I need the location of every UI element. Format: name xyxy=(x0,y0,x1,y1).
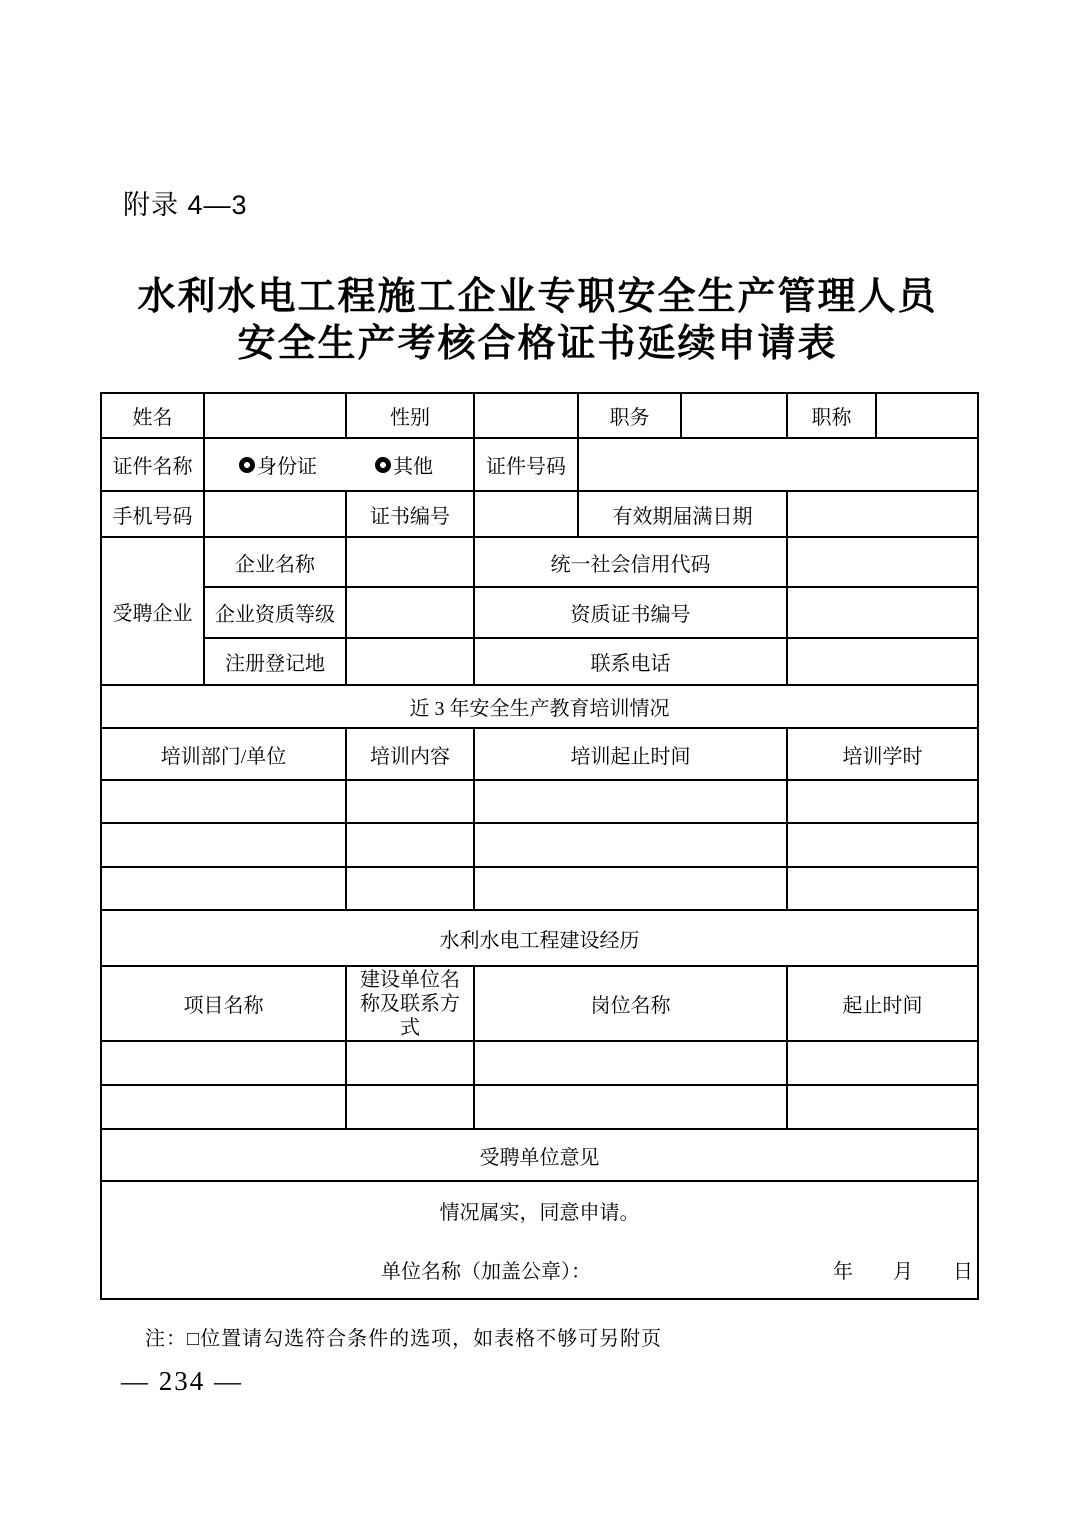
experience-col-project: 项目名称 xyxy=(101,966,346,1041)
radio-icon[interactable] xyxy=(239,457,255,473)
training-department-input-cell[interactable] xyxy=(101,867,346,910)
experience-section-header: 水利水电工程建设经历 xyxy=(101,910,978,966)
name-input-cell[interactable] xyxy=(204,393,346,438)
experience-row xyxy=(101,1041,978,1085)
row-basic-2: 手机号码 证书编号 有效期届满日期 xyxy=(101,491,978,537)
title-label: 职称 xyxy=(787,393,876,438)
qualification-cert-input-cell[interactable] xyxy=(787,587,978,638)
experience-builder-input-cell[interactable] xyxy=(346,1085,474,1129)
date-label: 年 月 日 xyxy=(833,1255,973,1284)
experience-builder-input-cell[interactable] xyxy=(346,1041,474,1085)
opinion-statement: 情况属实，同意申请。 xyxy=(106,1196,973,1225)
contact-phone-label: 联系电话 xyxy=(474,638,787,685)
other-option-label: 其他 xyxy=(393,450,433,479)
name-label: 姓名 xyxy=(101,393,204,438)
opinion-section-header: 受聘单位意见 xyxy=(101,1129,978,1181)
row-training-header: 近 3 年安全生产教育培训情况 xyxy=(101,685,978,728)
row-employer-2: 企业资质等级 资质证书编号 xyxy=(101,587,978,638)
row-opinion-header: 受聘单位意见 xyxy=(101,1129,978,1181)
training-hours-input-cell[interactable] xyxy=(787,823,978,867)
row-basic-1: 姓名 性别 职务 职称 xyxy=(101,393,978,438)
company-name-label: 企业名称 xyxy=(204,537,346,587)
training-hours-input-cell[interactable] xyxy=(787,867,978,910)
registration-place-label: 注册登记地 xyxy=(204,638,346,685)
training-col-department: 培训部门/单位 xyxy=(101,728,346,780)
duty-label: 职务 xyxy=(578,393,681,438)
opinion-body-cell[interactable]: 情况属实，同意申请。 单位名称（加盖公章）： 年 月 日 xyxy=(101,1181,978,1299)
appendix-label: 附录 4—3 xyxy=(123,183,248,222)
training-content-input-cell[interactable] xyxy=(346,867,474,910)
training-period-input-cell[interactable] xyxy=(474,867,787,910)
experience-project-input-cell[interactable] xyxy=(101,1085,346,1129)
id-card-option-label: 身份证 xyxy=(257,450,317,479)
training-department-input-cell[interactable] xyxy=(101,823,346,867)
training-row xyxy=(101,823,978,867)
cert-code-input-cell[interactable] xyxy=(474,491,578,537)
application-form-table: 姓名 性别 职务 职称 证件名称 身份证 其他 xyxy=(100,392,979,1300)
gender-label: 性别 xyxy=(346,393,474,438)
gender-input-cell[interactable] xyxy=(474,393,578,438)
experience-period-input-cell[interactable] xyxy=(787,1085,978,1129)
training-content-input-cell[interactable] xyxy=(346,823,474,867)
seal-label: 单位名称（加盖公章）： xyxy=(381,1255,591,1284)
page-number: — 234 — xyxy=(121,1366,243,1397)
title-input-cell[interactable] xyxy=(876,393,978,438)
training-hours-input-cell[interactable] xyxy=(787,780,978,823)
experience-row xyxy=(101,1085,978,1129)
credit-code-label: 统一社会信用代码 xyxy=(474,537,787,587)
cert-number-label: 证件号码 xyxy=(474,438,578,491)
experience-post-input-cell[interactable] xyxy=(474,1041,787,1085)
experience-post-input-cell[interactable] xyxy=(474,1085,787,1129)
expiry-input-cell[interactable] xyxy=(787,491,978,537)
row-employer-1: 受聘企业 企业名称 统一社会信用代码 xyxy=(101,537,978,587)
training-content-input-cell[interactable] xyxy=(346,780,474,823)
company-name-input-cell[interactable] xyxy=(346,537,474,587)
training-period-input-cell[interactable] xyxy=(474,780,787,823)
cert-code-label: 证书编号 xyxy=(346,491,474,537)
document-page: 附录 4—3 水利水电工程施工企业专职安全生产管理人员 安全生产考核合格证书延续… xyxy=(0,0,1075,1519)
training-col-period: 培训起止时间 xyxy=(474,728,787,780)
credit-code-input-cell[interactable] xyxy=(787,537,978,587)
cert-name-label: 证件名称 xyxy=(101,438,204,491)
cert-number-input-cell[interactable] xyxy=(578,438,978,491)
experience-col-post: 岗位名称 xyxy=(474,966,787,1041)
mobile-label: 手机号码 xyxy=(101,491,204,537)
qualification-grade-input-cell[interactable] xyxy=(346,587,474,638)
row-experience-header: 水利水电工程建设经历 xyxy=(101,910,978,966)
form-title-line1: 水利水电工程施工企业专职安全生产管理人员 xyxy=(137,276,937,318)
duty-input-cell[interactable] xyxy=(681,393,787,438)
experience-project-input-cell[interactable] xyxy=(101,1041,346,1085)
contact-phone-input-cell[interactable] xyxy=(787,638,978,685)
id-card-option[interactable]: 身份证 xyxy=(239,450,317,479)
employer-group-label: 受聘企业 xyxy=(101,537,204,685)
radio-icon[interactable] xyxy=(375,457,391,473)
training-col-hours: 培训学时 xyxy=(787,728,978,780)
training-row xyxy=(101,780,978,823)
registration-place-input-cell[interactable] xyxy=(346,638,474,685)
mobile-input-cell[interactable] xyxy=(204,491,346,537)
other-option[interactable]: 其他 xyxy=(375,450,433,479)
qualification-grade-label: 企业资质等级 xyxy=(204,587,346,638)
cert-type-options-cell: 身份证 其他 xyxy=(204,438,474,491)
row-employer-3: 注册登记地 联系电话 xyxy=(101,638,978,685)
row-cert: 证件名称 身份证 其他 证件号码 xyxy=(101,438,978,491)
training-period-input-cell[interactable] xyxy=(474,823,787,867)
footnote: 注：□位置请勾选符合条件的选项，如表格不够可另附页 xyxy=(145,1322,662,1351)
training-department-input-cell[interactable] xyxy=(101,780,346,823)
form-title-line2: 安全生产考核合格证书延续申请表 xyxy=(237,323,837,365)
qualification-cert-label: 资质证书编号 xyxy=(474,587,787,638)
training-row xyxy=(101,867,978,910)
expiry-label: 有效期届满日期 xyxy=(578,491,787,537)
training-col-content: 培训内容 xyxy=(346,728,474,780)
experience-col-builder: 建设单位名称及联系方式 xyxy=(346,966,474,1041)
form-title: 水利水电工程施工企业专职安全生产管理人员 安全生产考核合格证书延续申请表 xyxy=(0,274,1075,368)
experience-col-period: 起止时间 xyxy=(787,966,978,1041)
row-opinion-body: 情况属实，同意申请。 单位名称（加盖公章）： 年 月 日 xyxy=(101,1181,978,1299)
experience-period-input-cell[interactable] xyxy=(787,1041,978,1085)
row-training-columns: 培训部门/单位 培训内容 培训起止时间 培训学时 xyxy=(101,728,978,780)
row-experience-columns: 项目名称 建设单位名称及联系方式 岗位名称 起止时间 xyxy=(101,966,978,1041)
training-section-header: 近 3 年安全生产教育培训情况 xyxy=(101,685,978,728)
